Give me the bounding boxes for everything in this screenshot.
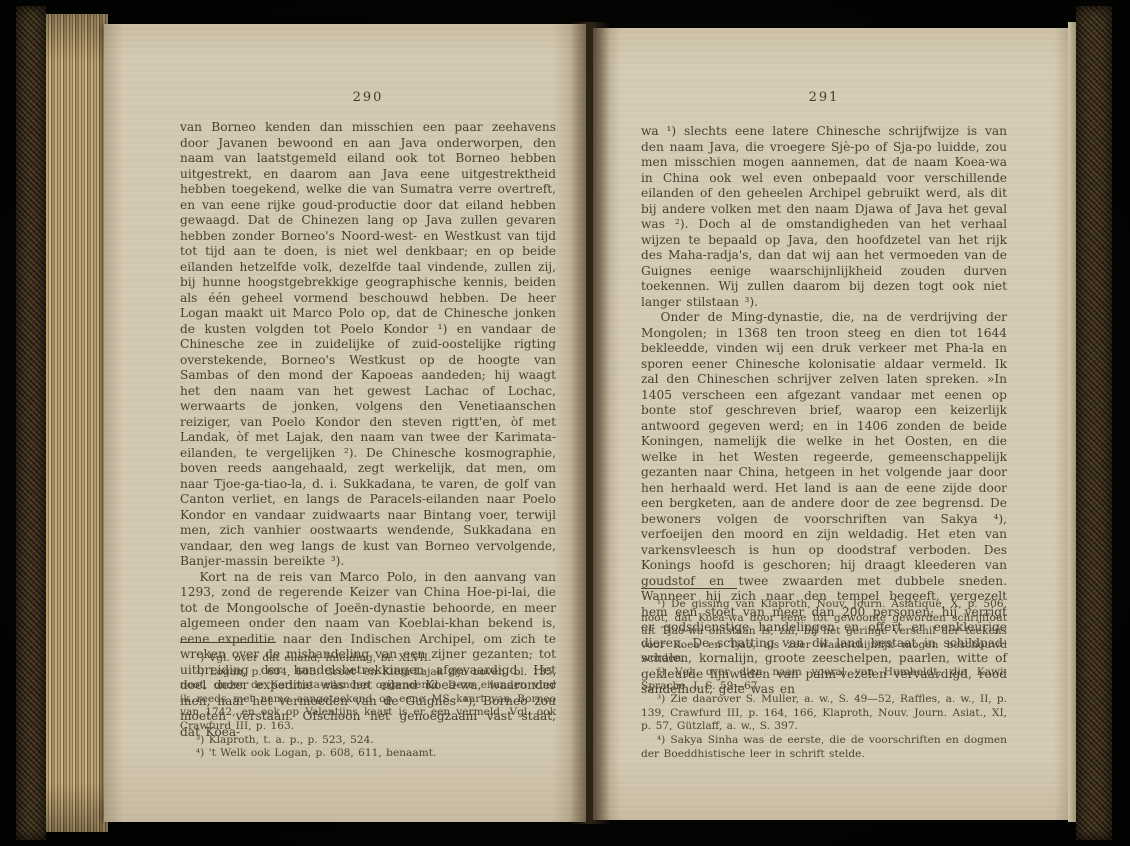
page-fore-edge-stack <box>46 14 108 832</box>
footnote: ²) Logan, p. 604, 605. Groot- en Klein-L… <box>180 666 556 734</box>
paragraph: van Borneo kenden dan misschien een paar… <box>180 120 556 570</box>
footnote: ¹) Vgl. over dat eiland, Inleiding, bl. … <box>180 652 556 666</box>
right-page-number: 291 <box>641 90 1007 105</box>
paragraph: wa ¹) slechts eene latere Chinesche schr… <box>641 124 1007 310</box>
footnote: ³) Klaproth, t. a. p., p. 523, 524. <box>180 734 556 748</box>
book-cover-left <box>16 6 46 840</box>
footnote: ²) Vgl. over dien naam vooral von Humbol… <box>641 666 1007 693</box>
page-edge-sliver-right <box>1068 22 1076 822</box>
right-footnote-rule <box>641 588 737 589</box>
right-page-footnotes: ¹) De gissing van Klaproth, Nouv. Journ.… <box>641 598 1007 761</box>
footnote: ⁴) Sakya Sinha was de eerste, die de voo… <box>641 734 1007 761</box>
left-page: 290 van Borneo kenden dan misschien een … <box>104 24 586 822</box>
right-page: 291 wa ¹) slechts eene latere Chinesche … <box>593 28 1068 820</box>
left-page-number: 290 <box>180 90 556 105</box>
book-cover-right <box>1076 6 1112 840</box>
footnote: ³) Zie daarover S. Muller, a. w., S. 49—… <box>641 693 1007 734</box>
footnote: ⁴) 't Welk ook Logan, p. 608, 611, benaa… <box>180 747 556 761</box>
left-page-footnotes: ¹) Vgl. over dat eiland, Inleiding, bl. … <box>180 652 556 761</box>
book-photograph: 290 van Borneo kenden dan misschien een … <box>0 0 1130 846</box>
footnote: ¹) De gissing van Klaproth, Nouv. Journ.… <box>641 598 1007 666</box>
left-page-body-text: van Borneo kenden dan misschien een paar… <box>180 120 556 740</box>
left-footnote-rule <box>180 642 276 643</box>
